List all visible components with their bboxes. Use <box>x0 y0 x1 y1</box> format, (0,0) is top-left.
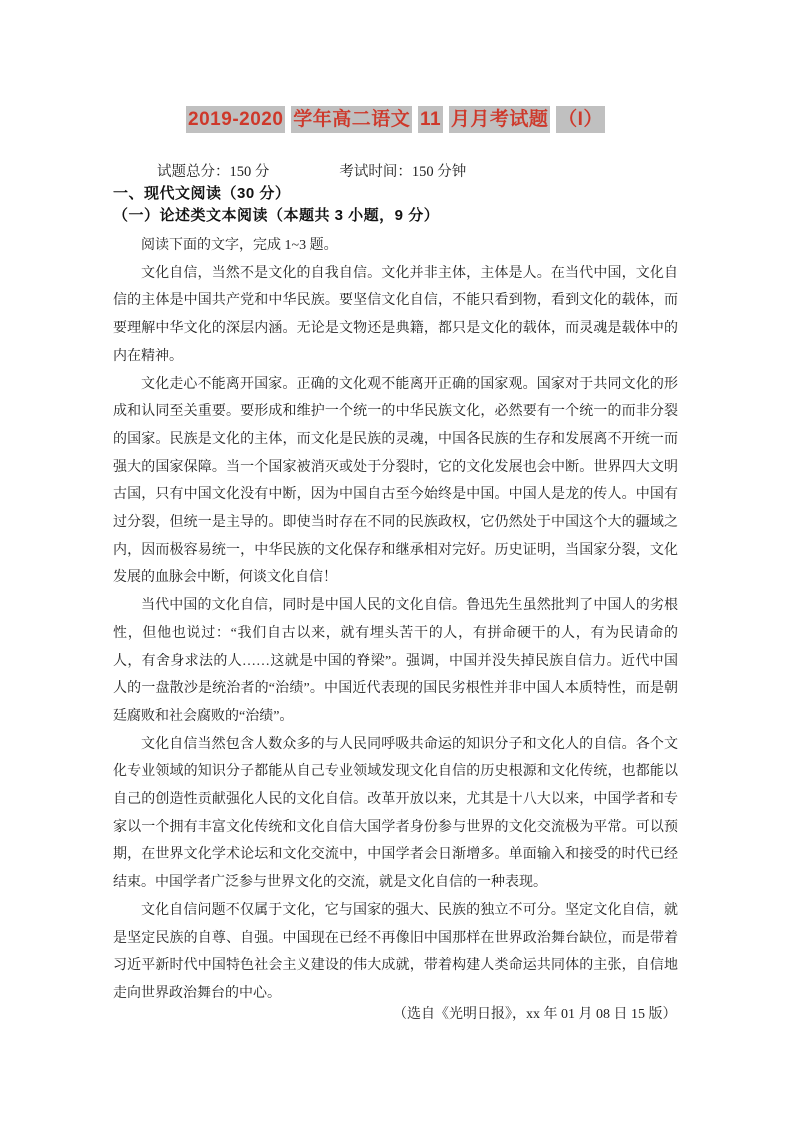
exam-time-label: 考试时间：150 分钟 <box>339 164 466 180</box>
title-segment-paper-number: （I） <box>556 106 605 133</box>
passage-paragraph: 当代中国的文化自信，同时是中国人民的文化自信。鲁迅先生虽然批判了中国人的劣根性，… <box>113 592 678 731</box>
subsection-heading-argumentative-reading: （一）论述类文本阅读（本题共 3 小题，9 分） <box>113 205 678 227</box>
passage-paragraph: 文化自信问题不仅属于文化，它与国家的强大、民族的独立不可分。坚定文化自信，就是坚… <box>113 897 678 1008</box>
passage-paragraph: 文化自信当然包含人数众多的与人民同呼吸共命运的知识分子和文化人的自信。各个文化专… <box>113 731 678 897</box>
title-segment-year: 2019-2020 <box>186 106 285 133</box>
section-heading-modern-reading: 一、现代文阅读（30 分） <box>113 183 678 205</box>
passage-paragraph: 文化走心不能离开国家。正确的文化观不能离开正确的国家观。国家对于共同文化的形成和… <box>113 371 678 593</box>
reading-passage: 阅读下面的文字，完成 1~3 题。 文化自信，当然不是文化的自我自信。文化并非主… <box>113 232 678 1025</box>
title-segment-exam-name: 月月考试题 <box>449 106 551 133</box>
total-score-label: 试题总分：150 分 <box>157 164 269 180</box>
title-segment-month: 11 <box>418 106 443 133</box>
passage-source-citation: （选自《光明日报》，xx 年 01 月 08 日 15 版） <box>393 1005 685 1025</box>
document-title: 2019-2020 学年高二语文 11 月月考试题 （I） <box>113 106 678 134</box>
exam-meta-line: 试题总分：150 分考试时间：150 分钟 <box>113 161 678 183</box>
exam-document-page: 2019-2020 学年高二语文 11 月月考试题 （I） 试题总分：150 分… <box>0 0 800 1132</box>
passage-instruction: 阅读下面的文字，完成 1~3 题。 <box>113 232 678 260</box>
title-segment-grade-subject: 学年高二语文 <box>291 106 412 133</box>
passage-paragraph: 文化自信，当然不是文化的自我自信。文化并非主体，主体是人。在当代中国，文化自信的… <box>113 260 678 371</box>
